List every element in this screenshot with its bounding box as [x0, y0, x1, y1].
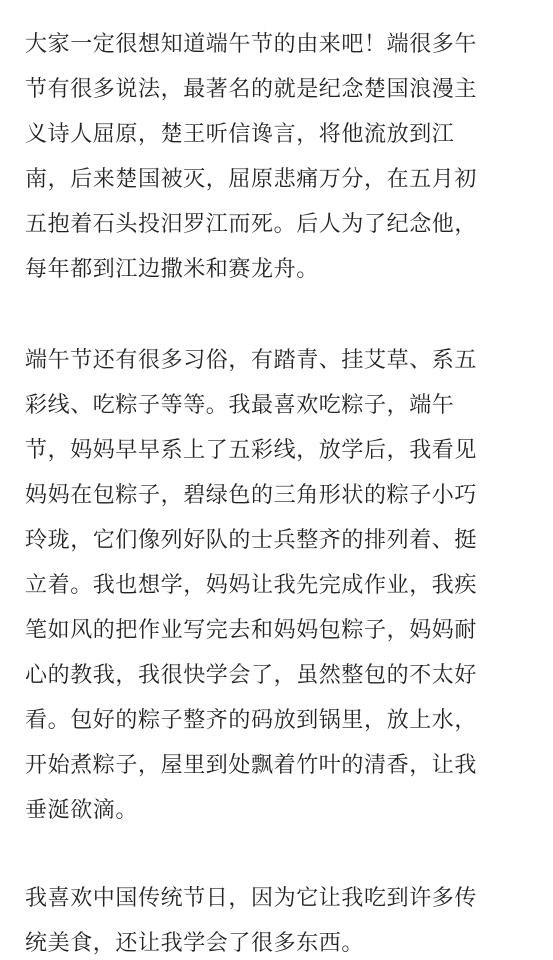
text-line: 笔如风的把作业写完去和妈妈包粽子，妈妈耐: [25, 608, 535, 653]
paragraph-customs: 端午节还有很多习俗，有踏青、挂艾草、系五 彩线、吃粽子等等。我最喜欢吃粽子，端午…: [25, 338, 535, 833]
paragraph-conclusion: 我喜欢中国传统节日，因为它让我吃到许多传 统美食，还让我学会了很多东西。: [25, 876, 535, 960]
text-line: 大家一定很想知道端午节的由来吧！端很多午: [25, 22, 535, 67]
text-line: 彩线、吃粽子等等。我最喜欢吃粽子，端午: [25, 383, 535, 428]
text-line: 义诗人屈原，楚王听信谗言，将他流放到江: [25, 112, 535, 157]
text-line: 心的教我，我很快学会了，虽然整包的不太好: [25, 653, 535, 698]
text-line: 妈妈在包粽子，碧绿色的三角形状的粽子小巧: [25, 473, 535, 518]
text-line: 垂涎欲滴。: [25, 788, 535, 833]
text-line: 我喜欢中国传统节日，因为它让我吃到许多传: [25, 876, 535, 921]
text-line: 立着。我也想学，妈妈让我先完成作业，我疾: [25, 563, 535, 608]
text-line: 开始煮粽子，屋里到处飘着竹叶的清香，让我: [25, 743, 535, 788]
text-line: 端午节还有很多习俗，有踏青、挂艾草、系五: [25, 338, 535, 383]
text-line: 节有很多说法，最著名的就是纪念楚国浪漫主: [25, 67, 535, 112]
text-line: 玲珑，它们像列好队的士兵整齐的排列着、挺: [25, 518, 535, 563]
text-line: 节，妈妈早早系上了五彩线，放学后，我看见: [25, 428, 535, 473]
text-line: 南，后来楚国被灭，屈原悲痛万分，在五月初: [25, 157, 535, 202]
text-line: 看。包好的粽子整齐的码放到锅里，放上水，: [25, 698, 535, 743]
paragraph-origin: 大家一定很想知道端午节的由来吧！端很多午 节有很多说法，最著名的就是纪念楚国浪漫…: [25, 22, 535, 292]
text-line: 统美食，还让我学会了很多东西。: [25, 921, 535, 960]
text-line: 每年都到江边撒米和赛龙舟。: [25, 247, 535, 292]
text-line: 五抱着石头投汨罗江而死。后人为了纪念他，: [25, 202, 535, 247]
